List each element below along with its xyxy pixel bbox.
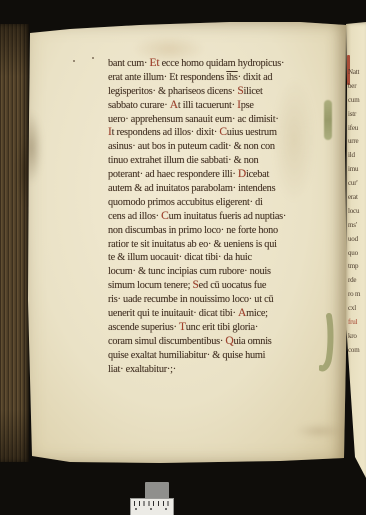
fragment-line: erat <box>348 191 366 205</box>
fragment-line: rde <box>348 274 366 288</box>
text-segment: kro <box>348 332 357 340</box>
text-segment: mice; <box>246 308 268 319</box>
manuscript-line: autem & ad inuitatos parabolam· intenden… <box>108 182 330 196</box>
text-segment: ratior te sit inuitatus ab eo· & ueniens… <box>108 239 277 250</box>
manuscript-line: liat· exaltabitur·;· <box>108 363 330 377</box>
manuscript-line: simum locum tenere; Sed cū uocatus fue <box>108 279 330 293</box>
manuscript-line: erat ante illum· Et respondens ihs· dixi… <box>108 71 330 85</box>
fragment-line: Natt <box>348 66 366 80</box>
text-segment: liat· exaltabitur·;· <box>108 364 176 375</box>
text-segment: t respondens ad illos· dixit· <box>112 127 220 138</box>
text-segment: erat ante illum· Et respondens <box>108 72 226 83</box>
text-segment: um inuitatus fueris ad nuptias· <box>169 211 287 222</box>
text-segment: uenerit qui te inuitauit· dicat tibi· <box>108 308 238 319</box>
rubricated-initial: A <box>238 307 246 319</box>
book-spine-page-edges <box>0 24 29 462</box>
text-segment: legisperitos· & phariseos dicens· <box>108 86 237 97</box>
text-segment: Natt <box>348 68 359 76</box>
text-segment: asinus· aut bos in puteum cadit· & non c… <box>108 141 275 152</box>
photograph-of-manuscript: bant cum· Et ecce homo quidam hydropicus… <box>0 0 366 515</box>
text-segment: ecce homo quidam hydropicus· <box>159 58 284 69</box>
rubricated-initial: frul <box>348 318 357 326</box>
text-segment: ifeu <box>348 124 358 132</box>
scale-ruler-strip <box>130 498 174 515</box>
fragment-line: ro m <box>348 288 366 302</box>
text-segment: quomodo primos accubitus eligerent· di <box>108 197 263 208</box>
measuring-scale <box>130 482 174 515</box>
scale-numeral-mark <box>135 508 137 510</box>
fragment-line: tmp <box>348 260 366 274</box>
text-segment: uod <box>348 235 358 243</box>
manuscript-line: tinuo extrahet illum die sabbati· & non <box>108 154 330 168</box>
manuscript-line: coram simul discumbentibus· Quia omnis <box>108 335 330 349</box>
rubricated-initial: A <box>170 99 178 111</box>
text-segment: tinuo extrahet illum die sabbati· & non <box>108 155 258 166</box>
text-segment: autem & ad inuitatos parabolam· intenden… <box>108 183 275 194</box>
manuscript-line: cens ad illos· Cum inuitatus fueris ad n… <box>108 210 330 224</box>
rubricated-initial: C <box>219 126 226 138</box>
text-segment: poterant· ad haec respondere illi· <box>108 169 238 180</box>
text-segment: ms' <box>348 221 357 229</box>
rubricated-initial: T <box>179 321 186 333</box>
manuscript-line: legisperitos· & phariseos dicens· Silice… <box>108 85 330 99</box>
manuscript-line: ris· uade recumbe in nouissimo loco· ut … <box>108 293 330 307</box>
text-segment: rde <box>348 276 356 284</box>
text-segment: erat <box>348 193 358 201</box>
manuscript-line: uenerit qui te inuitauit· dicat tibi· Am… <box>108 307 330 321</box>
text-segment: ber <box>348 82 356 90</box>
fragment-line: ms' <box>348 219 366 233</box>
text-segment: ro m <box>348 290 360 298</box>
fragment-line: com <box>348 344 366 358</box>
text-segment: te & illum uocauit· dicat tibi· da huic <box>108 252 252 263</box>
scale-tick-marks <box>134 501 170 506</box>
manuscript-line: locum· & tunc incipias cum rubore· nouis <box>108 265 330 279</box>
scale-numeral-mark <box>165 508 167 510</box>
fragment-line: quo <box>348 247 366 261</box>
manuscript-line: ratior te sit inuitatus ab eo· & ueniens… <box>108 238 330 252</box>
manuscript-line: poterant· ad haec respondere illi· Diceb… <box>108 168 330 182</box>
text-segment: cum <box>348 96 359 104</box>
manuscript-line: asinus· aut bos in puteum cadit· & non c… <box>108 140 330 154</box>
fragment-line: frul <box>348 316 366 330</box>
rubricated-initial: D <box>238 168 246 180</box>
text-segment: imu <box>348 165 358 173</box>
rubricated-initial: C <box>161 210 168 222</box>
text-segment: unc erit tibi gloria· <box>186 322 258 333</box>
text-segment: · dixit ad <box>238 72 273 83</box>
text-segment: quo <box>348 249 358 257</box>
fragment-line: istr <box>348 108 366 122</box>
text-segment: bant cum· <box>108 58 150 69</box>
ink-speck <box>73 60 75 62</box>
text-segment: non discumbas in primo loco· ne forte ho… <box>108 225 278 236</box>
green-initial-icon <box>319 313 337 373</box>
text-segment: com <box>348 346 359 354</box>
parchment-stain <box>296 424 342 438</box>
text-segment: quise exaltat humiliabitur· & quise humi <box>108 350 265 361</box>
manuscript-line: ascende superius· Tunc erit tibi gloria· <box>108 321 330 335</box>
fragment-line: ifeu <box>348 122 366 136</box>
manuscript-line: bant cum· Et ecce homo quidam hydropicus… <box>108 57 330 71</box>
text-segment: ild <box>348 151 355 159</box>
scale-gray-tab <box>145 482 169 499</box>
fragment-line: urre <box>348 135 366 149</box>
text-segment: cens ad illos· <box>108 211 161 222</box>
fragment-line: cxl <box>348 302 366 316</box>
text-segment: uia omnis <box>233 336 271 347</box>
text-segment: simum locum tenere; <box>108 280 193 291</box>
text-segment: tmp <box>348 262 358 270</box>
text-segment: locum· & tunc incipias cum rubore· nouis <box>108 266 271 277</box>
text-block: bant cum· Et ecce homo quidam hydropicus… <box>108 57 330 376</box>
text-segment: icebat <box>246 169 269 180</box>
text-segment: istr <box>348 110 356 118</box>
text-segment: cxl <box>348 304 356 312</box>
manuscript-line: sabbato curare· At illi tacuerunt· Ipse <box>108 99 330 113</box>
fragment-line: ild <box>348 149 366 163</box>
manuscript-line: te & illum uocauit· dicat tibi· da huic <box>108 251 330 265</box>
text-segment: pse <box>241 100 254 111</box>
green-initial-icon <box>324 100 332 140</box>
scale-numeral-mark <box>150 508 152 510</box>
text-segment: ihs <box>226 72 237 83</box>
text-segment: ed cū uocatus fue <box>199 280 267 291</box>
text-segment: coram simul discumbentibus· <box>108 336 225 347</box>
fragment-line: locu <box>348 205 366 219</box>
manuscript-line: uero· apprehensum sanauit eum· ac dimisi… <box>108 113 330 127</box>
text-segment: ilicet <box>244 86 263 97</box>
fragment-line: imu <box>348 163 366 177</box>
text-segment: ascende superius· <box>108 322 179 333</box>
fragment-line: ber <box>348 80 366 94</box>
manuscript-line: quomodo primos accubitus eligerent· di <box>108 196 330 210</box>
text-segment: sabbato curare· <box>108 100 170 111</box>
fragment-line: kro <box>348 330 366 344</box>
text-segment: uero· apprehensum sanauit eum· ac dimisi… <box>108 114 279 125</box>
text-segment: ris· uade recumbe in nouissimo loco· ut … <box>108 294 273 305</box>
ink-speck <box>92 57 94 59</box>
manuscript-line: non discumbas in primo loco· ne forte ho… <box>108 224 330 238</box>
rubricated-initial: Et <box>150 57 160 69</box>
manuscript-page: bant cum· Et ecce homo quidam hydropicus… <box>24 20 348 466</box>
text-segment: locu <box>348 207 359 215</box>
fragment-line: cur' <box>348 177 366 191</box>
facing-page-text-fragments: Nattbercumistrifeuurreildimucur'eratlocu… <box>348 66 366 358</box>
manuscript-line: quise exaltat humiliabitur· & quise humi <box>108 349 330 363</box>
text-segment: uius uestrum <box>227 127 277 138</box>
manuscript-line: It respondens ad illos· dixit· Cuius ues… <box>108 126 330 140</box>
fragment-line: cum <box>348 94 366 108</box>
fragment-line: uod <box>348 233 366 247</box>
text-segment: cur' <box>348 179 357 187</box>
text-segment: t illi tacuerunt· <box>178 100 237 111</box>
text-segment: urre <box>348 137 358 145</box>
